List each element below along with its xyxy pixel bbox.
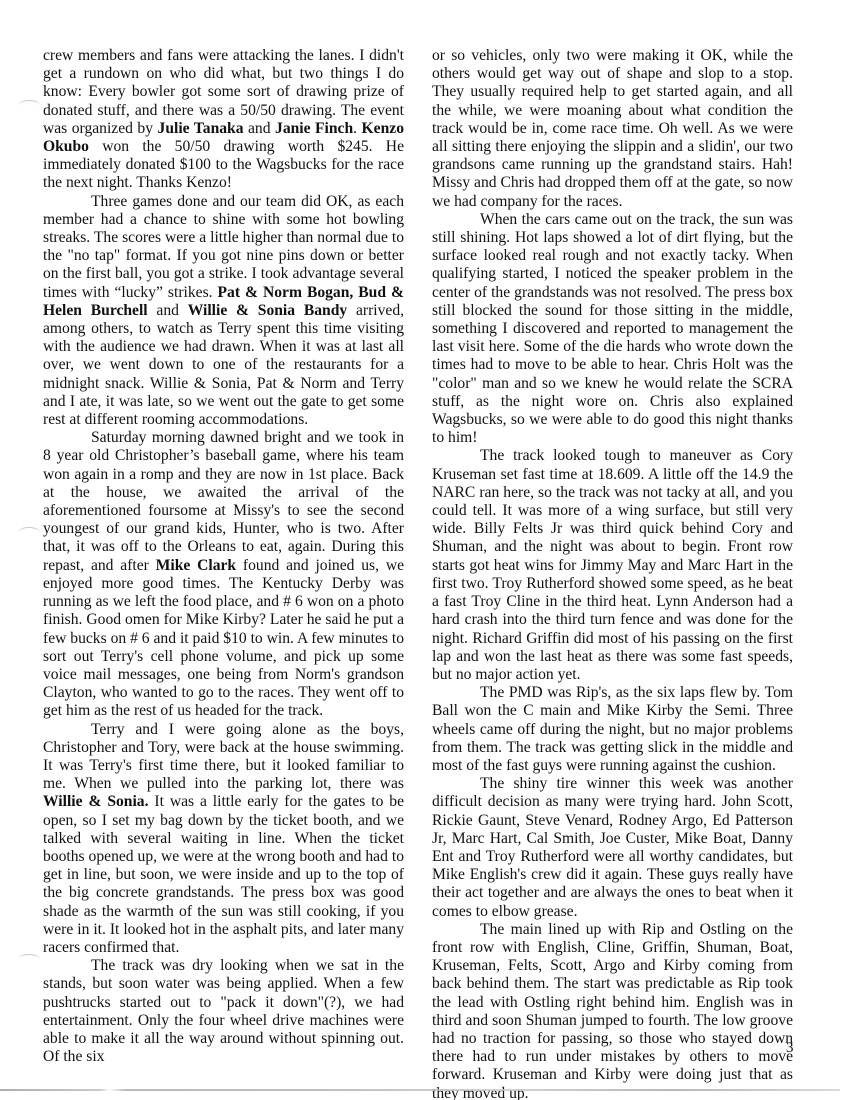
text-run: found and joined us, we enjoyed more goo… [43, 557, 404, 720]
text-run: and [244, 120, 276, 137]
paragraph-bowling-drawing: crew members and fans were attacking the… [43, 47, 404, 193]
paragraph-shiny-tire: The shiny tire winner this week was anot… [432, 775, 793, 921]
paragraph-pmd: The PMD was Rip's, as the six laps flew … [432, 684, 793, 775]
text-run: won the 50/50 drawing worth $245. He imm… [43, 138, 404, 191]
paragraph-saturday-morning: Saturday morning dawned bright and we to… [43, 429, 404, 720]
paragraph-terry-and-i: Terry and I were going alone as the boys… [43, 721, 404, 958]
document-page: crew members and fans were attacking the… [0, 0, 850, 1100]
text-run: Saturday morning dawned bright and we to… [43, 429, 404, 573]
page-number: 3 [786, 1040, 794, 1057]
hole-punch-mark [18, 954, 40, 965]
paragraph-track-dry: The track was dry looking when we sat in… [43, 957, 404, 1066]
text-run: . [353, 120, 361, 137]
bold-name: Julie Tanaka [158, 120, 244, 137]
left-column: crew members and fans were attacking the… [43, 47, 404, 1066]
text-run: The track was dry looking when we sat in… [43, 957, 404, 1065]
right-column: or so vehicles, only two were making it … [432, 47, 793, 1100]
text-run: Terry and I were going alone as the boys… [43, 721, 404, 793]
paragraph-three-games: Three games done and our team did OK, as… [43, 193, 404, 430]
text-run: and [148, 302, 188, 319]
text-run: It was a little early for the gates to b… [43, 793, 404, 956]
paragraph-vehicles: or so vehicles, only two were making it … [432, 47, 793, 211]
hole-punch-mark [18, 100, 40, 111]
bottom-rule [0, 1089, 840, 1091]
bold-name: Janie Finch [275, 120, 353, 137]
paragraph-cars-came-out: When the cars came out on the track, the… [432, 211, 793, 448]
bold-name: Willie & Sonia Bandy [188, 302, 347, 319]
bold-name: Mike Clark [156, 557, 236, 574]
paragraph-main-lineup: The main lined up with Rip and Ostling o… [432, 921, 793, 1100]
paragraph-fast-time: The track looked tough to maneuver as Co… [432, 447, 793, 684]
text-run: arrived, among others, to watch as Terry… [43, 302, 404, 428]
bold-name: Willie & Sonia. [43, 793, 149, 810]
hole-punch-mark [18, 527, 40, 538]
